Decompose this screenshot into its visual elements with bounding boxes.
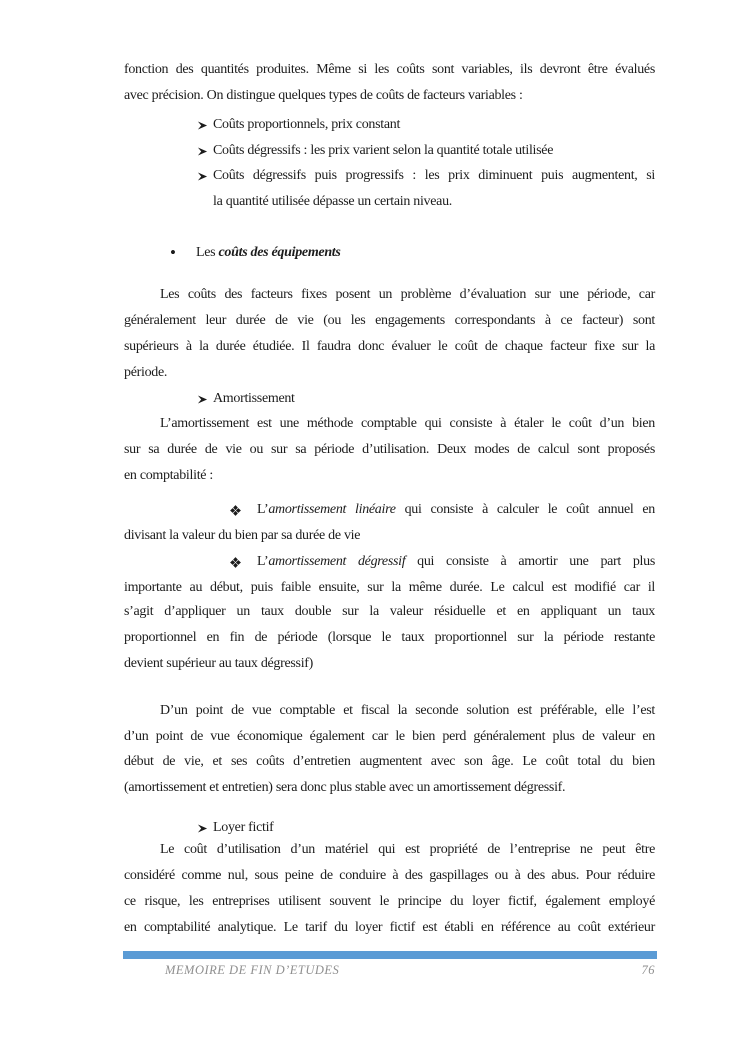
text-line: devient supérieur au taux dégressif): [124, 651, 655, 677]
text-line: Le coût d’utilisation d’un matériel qui …: [160, 837, 655, 863]
text-segment: généralement leur durée de vie (ou les e…: [124, 313, 655, 328]
emphasized-text: amortissement dégressif: [268, 554, 405, 569]
text-segment: supérieurs à la durée étudiée. Il faudra…: [124, 339, 655, 354]
text-segment: début de vie, et ses coûts d’entretien a…: [124, 754, 655, 769]
document-page: fonction des quantités produites. Même s…: [0, 0, 745, 1053]
text-line: en comptabilité :: [124, 463, 655, 489]
footer-rule: [123, 951, 657, 959]
text-line: L’amortissement est une méthode comptabl…: [160, 411, 655, 437]
text-line: divisant la valeur du bien par sa durée …: [124, 523, 655, 549]
text-line: Les coûts des équipements: [196, 240, 655, 266]
text-segment: sur sa durée de vie ou sur sa période d’…: [124, 442, 655, 457]
text-line: avec précision. On distingue quelques ty…: [124, 83, 655, 109]
text-line: période.: [124, 360, 655, 386]
diamond-bullet-icon: [230, 497, 241, 523]
text-line: la quantité utilisée dépasse un certain …: [213, 189, 655, 215]
text-segment: période.: [124, 365, 167, 380]
arrow-bullet-icon: [197, 112, 208, 138]
text-segment: Loyer fictif: [213, 820, 274, 835]
text-segment: D’un point de vue comptable et fiscal la…: [160, 703, 655, 718]
text-line: Les coûts des facteurs fixes posent un p…: [160, 282, 655, 308]
text-segment: en comptabilité :: [124, 468, 213, 483]
text-line: généralement leur durée de vie (ou les e…: [124, 308, 655, 334]
text-segment: L’: [257, 554, 268, 569]
text-line: L’amortissement linéaire qui consiste à …: [257, 497, 655, 523]
text-segment: divisant la valeur du bien par sa durée …: [124, 528, 360, 543]
text-segment: Les coûts des facteurs fixes posent un p…: [160, 287, 655, 302]
emphasized-text: amortissement linéaire: [268, 502, 395, 517]
text-line: d’un point de vue économique également c…: [124, 724, 655, 750]
text-segment: la quantité utilisée dépasse un certain …: [213, 194, 452, 209]
text-segment: devient supérieur au taux dégressif): [124, 656, 313, 671]
text-segment: L’amortissement est une méthode comptabl…: [160, 416, 655, 431]
text-line: en comptabilité analytique. Le tarif du …: [124, 915, 655, 941]
text-segment: Le coût d’utilisation d’un matériel qui …: [160, 842, 655, 857]
text-segment: (amortissement et entretien) sera donc p…: [124, 780, 565, 795]
text-line: (amortissement et entretien) sera donc p…: [124, 775, 655, 801]
text-segment: Coûts proportionnels, prix constant: [213, 117, 400, 132]
text-line: considéré comme nul, sous peine de condu…: [124, 863, 655, 889]
text-segment: fonction des quantités produites. Même s…: [124, 62, 655, 77]
text-segment: Coûts dégressifs puis progressifs : les …: [213, 168, 655, 183]
text-segment: Amortissement: [213, 391, 295, 406]
text-line: D’un point de vue comptable et fiscal la…: [160, 698, 655, 724]
arrow-bullet-icon: [197, 386, 208, 412]
text-segment: L’: [257, 502, 268, 517]
text-segment: avec précision. On distingue quelques ty…: [124, 88, 523, 103]
page-number: 76: [642, 961, 656, 979]
text-segment: qui consiste à calculer le coût annuel e…: [396, 502, 655, 517]
footer-title: MEMOIRE DE FIN D’ETUDES: [165, 961, 339, 979]
text-line: s’agit d’appliquer un taux double sur la…: [124, 599, 655, 625]
dot-bullet-icon: •: [170, 240, 176, 266]
text-segment: qui consiste à amortir une part plus: [405, 554, 655, 569]
text-segment: en comptabilité analytique. Le tarif du …: [124, 920, 655, 935]
text-line: Amortissement: [213, 386, 655, 412]
text-line: sur sa durée de vie ou sur sa période d’…: [124, 437, 655, 463]
text-line: Coûts dégressifs puis progressifs : les …: [213, 163, 655, 189]
text-line: proportionnel en fin de période (lorsque…: [124, 625, 655, 651]
text-line: ce risque, les entreprises utilisent sou…: [124, 889, 655, 915]
arrow-bullet-icon: [197, 163, 208, 189]
arrow-bullet-icon: [197, 138, 208, 164]
text-line: Coûts proportionnels, prix constant: [213, 112, 655, 138]
text-line: Coûts dégressifs : les prix varient selo…: [213, 138, 655, 164]
text-segment: importante au début, puis faible ensuite…: [124, 580, 655, 595]
text-segment: Coûts dégressifs : les prix varient selo…: [213, 143, 553, 158]
emphasized-text: coûts des équipements: [219, 245, 341, 260]
text-line: fonction des quantités produites. Même s…: [124, 57, 655, 83]
text-segment: proportionnel en fin de période (lorsque…: [124, 630, 655, 645]
text-segment: s’agit d’appliquer un taux double sur la…: [124, 604, 655, 619]
text-segment: ce risque, les entreprises utilisent sou…: [124, 894, 655, 909]
diamond-bullet-icon: [230, 549, 241, 575]
text-segment: considéré comme nul, sous peine de condu…: [124, 868, 655, 883]
text-line: début de vie, et ses coûts d’entretien a…: [124, 749, 655, 775]
text-line: supérieurs à la durée étudiée. Il faudra…: [124, 334, 655, 360]
text-segment: d’un point de vue économique également c…: [124, 729, 655, 744]
text-line: L’amortissement dégressif qui consiste à…: [257, 549, 655, 575]
text-line: importante au début, puis faible ensuite…: [124, 575, 655, 601]
text-segment: Les: [196, 245, 219, 260]
